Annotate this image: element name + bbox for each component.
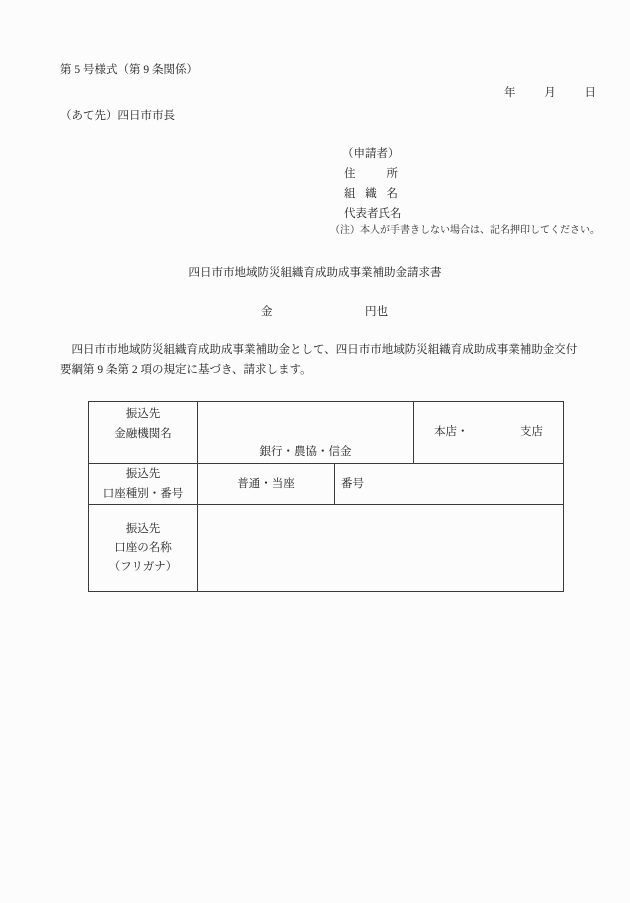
account-types-label: 普通・当座 — [237, 477, 295, 492]
table-row-account: 振込先 口座種別・番号 普通・当座 番号 — [89, 463, 563, 504]
document-page: 第 5 号様式（第 9 条関係） 年 月 日 （あて先）四日市市長 （申請者） … — [0, 0, 630, 903]
table-row-account-name: 振込先 口座の名称 （フリガナ） — [89, 504, 563, 591]
applicant-organization-label: 組織名 — [344, 187, 398, 202]
account-number-label: 番号 — [341, 477, 364, 492]
account-number-field: 番号 — [334, 464, 563, 504]
body-paragraph-line2: 要綱第 9 条第 2 項の規定に基づき、請求します。 — [60, 363, 312, 378]
signature-note: （注）本人が手書きしない場合は、記名押印してください。 — [330, 224, 600, 237]
bank-transfer-table: 振込先 金融機関名 銀行・農協・信金 本店・ 支店 振込先 口座種別・番号 普通… — [88, 401, 564, 592]
account-row-label-cell: 振込先 口座種別・番号 — [89, 464, 197, 504]
table-row-bank: 振込先 金融機関名 銀行・農協・信金 本店・ 支店 — [89, 402, 563, 463]
name-row-label-cell: 振込先 口座の名称 （フリガナ） — [89, 505, 197, 591]
applicant-representative-label: 代表者氏名 — [344, 207, 398, 222]
amount-prefix-label: 金 — [261, 305, 273, 320]
bank-row-label-line1: 振込先 — [126, 404, 161, 424]
applicant-heading: （申請者） — [342, 147, 400, 162]
account-type-field: 普通・当座 — [197, 464, 334, 504]
account-name-field — [197, 505, 563, 591]
body-paragraph-line1: 四日市市地域防災組織育成助成事業補助金として、四日市市地域防災組織育成助成事業補… — [60, 343, 577, 358]
branch-label: 支店 — [520, 425, 543, 440]
bank-types-label: 銀行・農協・信金 — [260, 445, 352, 460]
date-month-label: 月 — [544, 86, 556, 101]
branch-field: 本店・ 支店 — [413, 402, 563, 463]
name-row-label-line2: 口座の名称 — [114, 539, 172, 558]
date-line: 年 月 日 — [504, 86, 596, 101]
bank-row-label-cell: 振込先 金融機関名 — [89, 402, 197, 463]
account-row-label-line2: 口座種別・番号 — [103, 484, 184, 504]
amount-suffix-label: 円也 — [365, 305, 388, 320]
name-row-label-line1: 振込先 — [126, 520, 161, 539]
bank-name-field: 銀行・農協・信金 — [197, 402, 413, 463]
applicant-address-label: 住所 — [344, 167, 398, 182]
account-row-label-line1: 振込先 — [126, 464, 161, 484]
addressee-line: （あて先）四日市市長 — [60, 109, 175, 124]
name-row-label-line3: （フリガナ） — [109, 558, 177, 577]
date-year-label: 年 — [504, 86, 516, 101]
date-day-label: 日 — [585, 86, 597, 101]
document-title: 四日市市地域防災組織育成助成事業補助金請求書 — [0, 266, 630, 281]
bank-row-label-line2: 金融機関名 — [114, 424, 172, 444]
form-number: 第 5 号様式（第 9 条関係） — [60, 63, 198, 78]
head-office-label: 本店・ — [434, 425, 469, 440]
